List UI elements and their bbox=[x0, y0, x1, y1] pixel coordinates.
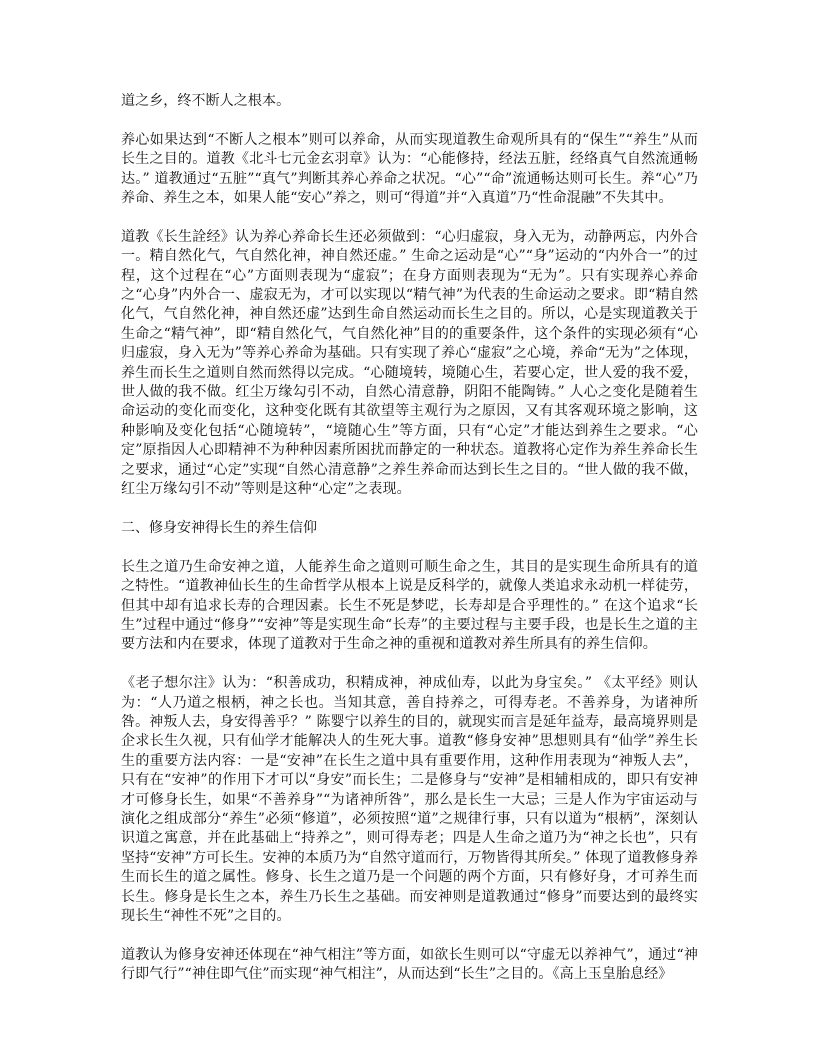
paragraph-1: 道之乡，终不断人之根本。 bbox=[121, 92, 698, 111]
paragraph-5: 《老子想尔注》认为：“积善成功，积精成神，神成仙寿，以此为身宝矣。” 《太平经》… bbox=[121, 674, 698, 926]
paragraph-2: 养心如果达到“不断人之根本”则可以养命，从而实现道教生命观所具有的“保生”“养生… bbox=[121, 131, 698, 209]
paragraph-6: 道教认为修身安神还体现在“神气相注”等方面，如欲长生则可以“守虚无以养神气”，通… bbox=[121, 946, 698, 985]
section-heading: 二、修身安神得长生的养生信仰 bbox=[121, 519, 698, 538]
paragraph-4: 长生之道乃生命安神之道，人能养生命之道则可顺生命之生，其目的是实现生命所具有的道… bbox=[121, 558, 698, 655]
document-page: 道之乡，终不断人之根本。 养心如果达到“不断人之根本”则可以养命，从而实现道教生… bbox=[121, 92, 698, 1004]
paragraph-3: 道教《长生詮经》认为养心养命长生还必须做到：“心归虚寂，身入无为，动静两忘，内外… bbox=[121, 228, 698, 500]
